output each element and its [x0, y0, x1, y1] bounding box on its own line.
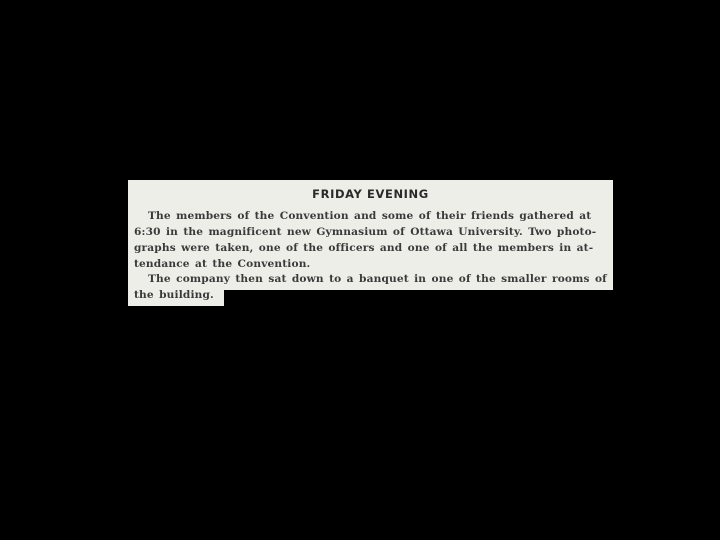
- section-heading: FRIDAY EVENING: [128, 187, 613, 201]
- paragraph-line: 6:30 in the magnificent new Gymnasium of…: [134, 226, 596, 238]
- paragraph-line: tendance at the Convention.: [134, 258, 310, 270]
- paragraph-line: The members of the Convention and some o…: [148, 210, 591, 222]
- paragraph-line: the building.: [134, 289, 214, 301]
- paragraph-line: The company then sat down to a banquet i…: [148, 273, 607, 285]
- paragraph-line: graphs were taken, one of the officers a…: [134, 242, 593, 254]
